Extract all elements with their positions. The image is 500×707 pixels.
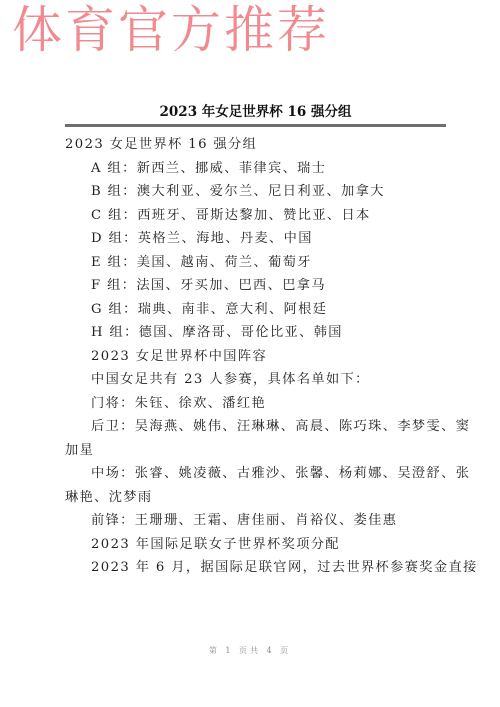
forwards-line: 前锋：王珊珊、王霜、唐佳丽、肖裕仪、娄佳惠: [65, 509, 450, 533]
group-teams: 美国、越南、荷兰、葡萄牙: [137, 255, 312, 270]
header-divider: [65, 124, 446, 127]
defenders-line-continued: 加星: [65, 439, 450, 463]
position-label: 中场：: [91, 466, 135, 481]
group-line-b: B 组：澳大利亚、爱尔兰、尼日利亚、加拿大: [65, 180, 450, 204]
group-line-d: D 组：英格兰、海地、丹麦、中国: [65, 227, 450, 251]
group-teams: 英格兰、海地、丹麦、中国: [138, 231, 313, 246]
group-line-c: C 组：西班牙、哥斯达黎加、赞比亚、日本: [65, 204, 450, 228]
midfielders-line-continued: 琳艳、沈梦雨: [65, 486, 450, 510]
position-label: 后卫：: [91, 419, 135, 434]
group-teams: 澳大利亚、爱尔兰、尼日利亚、加拿大: [137, 184, 385, 199]
group-teams: 瑞典、南非、意大利、阿根廷: [138, 302, 328, 317]
group-label: H 组：: [91, 325, 139, 340]
group-label: B 组：: [91, 184, 137, 199]
group-line-a: A 组：新西兰、挪威、菲律宾、瑞士: [65, 157, 450, 181]
document-header-title: 2023 年女足世界杯 16 强分组: [65, 104, 446, 120]
group-teams: 西班牙、哥斯达黎加、赞比亚、日本: [137, 208, 370, 223]
position-label: 门将：: [91, 396, 135, 411]
group-label: G 组：: [91, 302, 138, 317]
group-line-f: F 组：法国、牙买加、巴西、巴拿马: [65, 274, 450, 298]
group-teams: 德国、摩洛哥、哥伦比亚、韩国: [139, 325, 343, 340]
section-title-prizes: 2023 年国际足联女子世界杯奖项分配: [65, 533, 450, 557]
position-label: 前锋：: [91, 513, 135, 528]
player-names: 王珊珊、王霜、唐佳丽、肖裕仪、娄佳惠: [135, 513, 398, 528]
squad-intro: 中国女足共有 23 人参赛，具体名单如下：: [65, 368, 450, 392]
group-teams: 新西兰、挪威、菲律宾、瑞士: [137, 161, 327, 176]
watermark: 体育官方推荐: [12, 2, 330, 58]
group-label: A 组：: [91, 161, 137, 176]
group-line-h: H 组：德国、摩洛哥、哥伦比亚、韩国: [65, 321, 450, 345]
group-label: F 组：: [91, 278, 136, 293]
midfielders-line: 中场：张睿、姚凌薇、古雅沙、张馨、杨莉娜、吴澄舒、张: [65, 462, 450, 486]
section-title-squad: 2023 女足世界杯中国阵容: [65, 345, 450, 369]
player-names: 吴海燕、姚伟、汪琳琳、高晨、陈巧珠、李梦雯、窦: [135, 419, 471, 434]
player-names: 朱钰、徐欢、潘红艳: [135, 396, 266, 411]
group-teams: 法国、牙买加、巴西、巴拿马: [136, 278, 326, 293]
group-line-g: G 组：瑞典、南非、意大利、阿根廷: [65, 298, 450, 322]
player-names: 张睿、姚凌薇、古雅沙、张馨、杨莉娜、吴澄舒、张: [135, 466, 471, 481]
page-footer: 第 1 页共 4 页: [0, 645, 500, 656]
group-label: D 组：: [91, 231, 138, 246]
group-label: C 组：: [91, 208, 137, 223]
prizes-paragraph: 2023 年 6 月，据国际足联官网，过去世界杯参赛奖金直接: [65, 556, 450, 580]
defenders-line: 后卫：吴海燕、姚伟、汪琳琳、高晨、陈巧珠、李梦雯、窦: [65, 415, 450, 439]
document-body: 2023 女足世界杯 16 强分组 A 组：新西兰、挪威、菲律宾、瑞士 B 组：…: [65, 133, 450, 580]
group-label: E 组：: [91, 255, 137, 270]
section-title-groups: 2023 女足世界杯 16 强分组: [65, 133, 450, 157]
group-line-e: E 组：美国、越南、荷兰、葡萄牙: [65, 251, 450, 275]
goalkeepers-line: 门将：朱钰、徐欢、潘红艳: [65, 392, 450, 416]
